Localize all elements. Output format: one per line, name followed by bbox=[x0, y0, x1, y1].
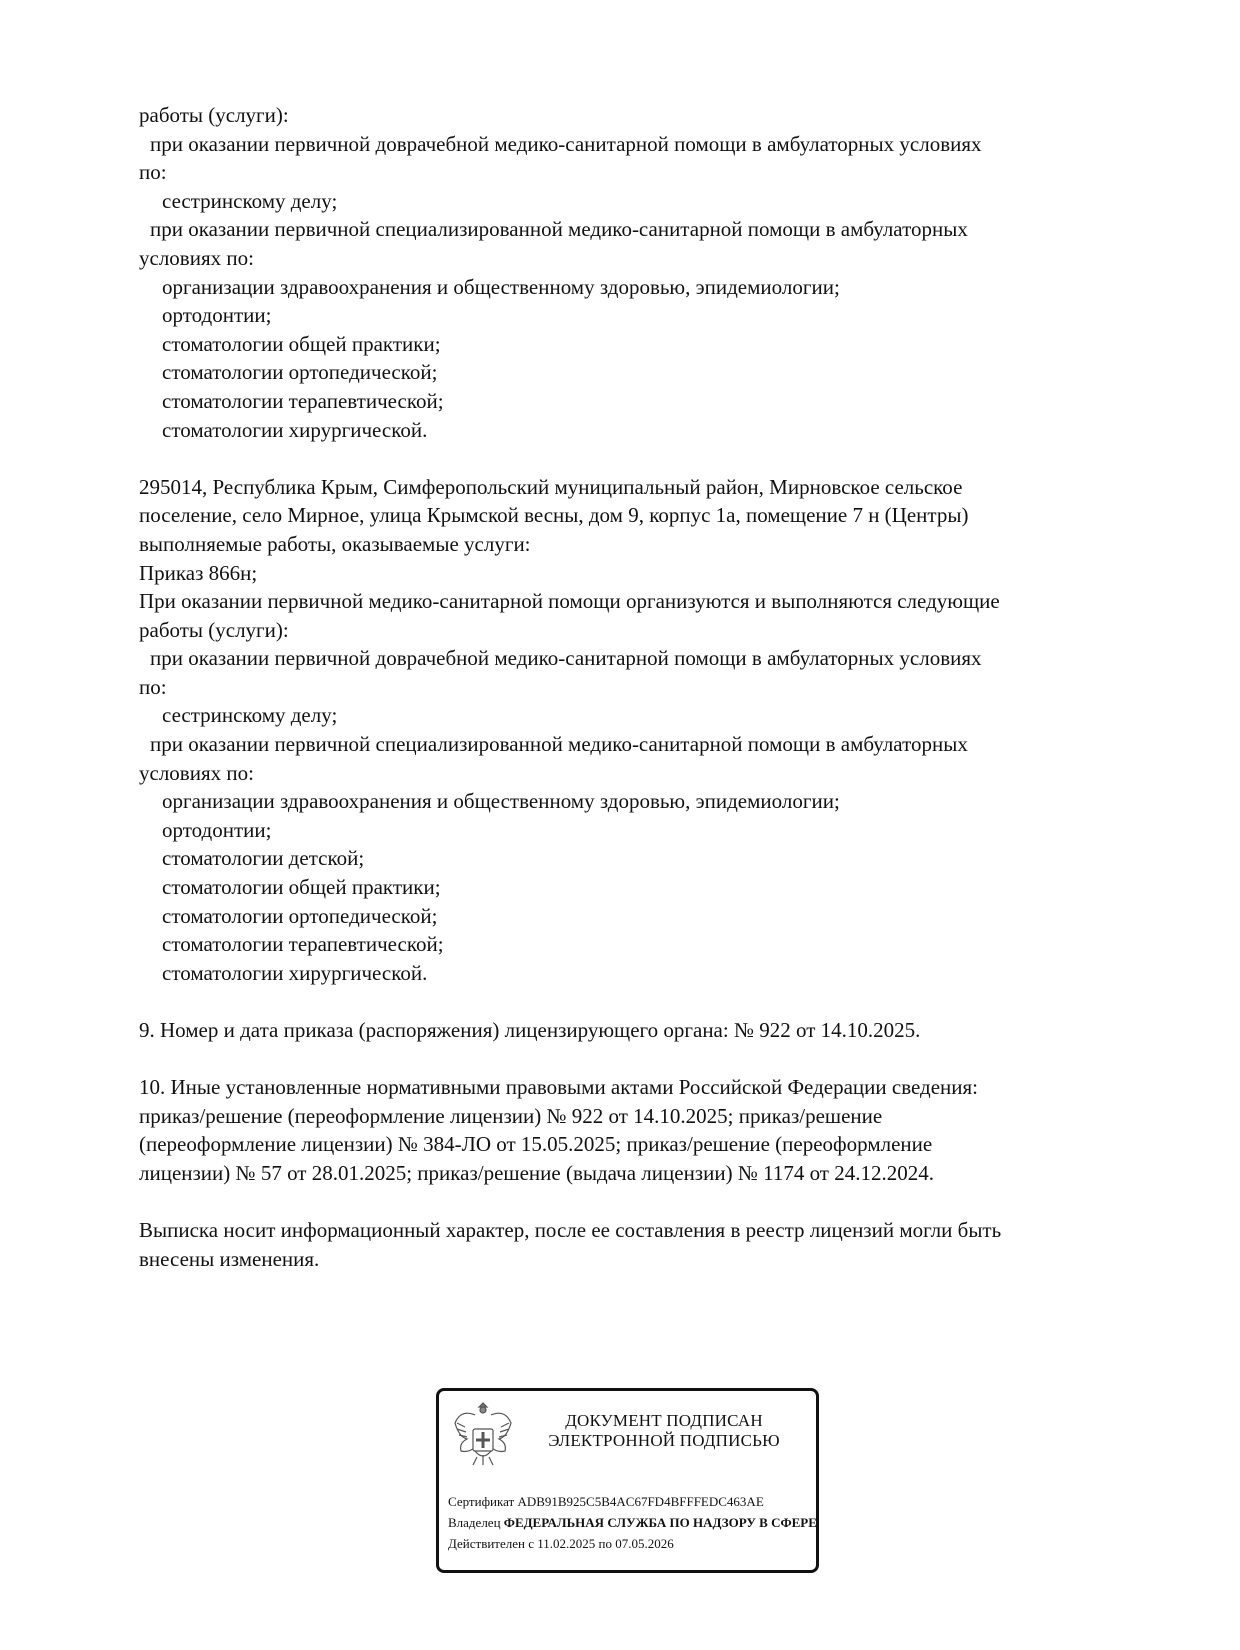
text-line: по: bbox=[139, 158, 1119, 187]
stamp-title-line-1: ДОКУМЕНТ ПОДПИСАН bbox=[529, 1411, 799, 1431]
disclaimer: Выписка носит информационный характер, п… bbox=[139, 1216, 1119, 1273]
electronic-signature-stamp: ДОКУМЕНТ ПОДПИСАН ЭЛЕКТРОННОЙ ПОДПИСЬЮ С… bbox=[436, 1388, 819, 1573]
stamp-title-line-2: ЭЛЕКТРОННОЙ ПОДПИСЬЮ bbox=[529, 1431, 799, 1451]
text-line: при оказании первичной специализированно… bbox=[139, 730, 1119, 759]
text-line: ортодонтии; bbox=[139, 301, 1119, 330]
text-line: выполняемые работы, оказываемые услуги: bbox=[139, 530, 1119, 559]
text-line: работы (услуги): bbox=[139, 101, 1119, 130]
text-line: условиях по: bbox=[139, 759, 1119, 788]
validity-row: Действителен с 11.02.2025 по 07.05.2026 bbox=[448, 1533, 816, 1554]
text-line: организации здравоохранения и общественн… bbox=[139, 273, 1119, 302]
text-line: стоматологии общей практики; bbox=[139, 873, 1119, 902]
text-line: стоматологии терапевтической; bbox=[139, 930, 1119, 959]
text-line: организации здравоохранения и общественн… bbox=[139, 787, 1119, 816]
text-line: стоматологии хирургической. bbox=[139, 416, 1119, 445]
text-line: Выписка носит информационный характер, п… bbox=[139, 1216, 1119, 1245]
text-line: Приказ 866н; bbox=[139, 559, 1119, 588]
coat-of-arms-icon bbox=[451, 1399, 515, 1471]
address-services-block-2: 295014, Республика Крым, Симферопольский… bbox=[139, 473, 1119, 988]
services-block-1: работы (услуги):при оказании первичной д… bbox=[139, 101, 1119, 444]
text-line: 10. Иные установленные нормативными прав… bbox=[139, 1073, 1119, 1102]
text-line: стоматологии общей практики; bbox=[139, 330, 1119, 359]
text-line: поселение, село Мирное, улица Крымской в… bbox=[139, 501, 1119, 530]
certificate-row: Сертификат ADB91B925C5B4AC67FD4BFFFEDC46… bbox=[448, 1491, 816, 1512]
text-line: по: bbox=[139, 673, 1119, 702]
text-line: стоматологии ортопедической; bbox=[139, 902, 1119, 931]
text-line: 9. Номер и дата приказа (распоряжения) л… bbox=[139, 1016, 1119, 1045]
text-line: стоматологии детской; bbox=[139, 844, 1119, 873]
text-line: ортодонтии; bbox=[139, 816, 1119, 845]
text-line: лицензии) № 57 от 28.01.2025; приказ/реш… bbox=[139, 1159, 1119, 1188]
text-line: 295014, Республика Крым, Симферопольский… bbox=[139, 473, 1119, 502]
owner-label: Владелец bbox=[448, 1515, 501, 1530]
text-line: работы (услуги): bbox=[139, 616, 1119, 645]
document-page: работы (услуги):при оказании первичной д… bbox=[139, 101, 1119, 1273]
text-line: внесены изменения. bbox=[139, 1245, 1119, 1274]
text-line: при оказании первичной доврачебной медик… bbox=[139, 130, 1119, 159]
text-line: стоматологии терапевтической; bbox=[139, 387, 1119, 416]
certificate-value: ADB91B925C5B4AC67FD4BFFFEDC463AE bbox=[517, 1494, 763, 1509]
owner-value: ФЕДЕРАЛЬНАЯ СЛУЖБА ПО НАДЗОРУ В СФЕРЕ ЗД… bbox=[504, 1515, 816, 1530]
text-line: приказ/решение (переоформление лицензии)… bbox=[139, 1102, 1119, 1131]
text-line: сестринскому делу; bbox=[139, 701, 1119, 730]
text-line: сестринскому делу; bbox=[139, 187, 1119, 216]
text-line: условиях по: bbox=[139, 244, 1119, 273]
text-line: стоматологии хирургической. bbox=[139, 959, 1119, 988]
text-line: при оказании первичной специализированно… bbox=[139, 215, 1119, 244]
owner-row: Владелец ФЕДЕРАЛЬНАЯ СЛУЖБА ПО НАДЗОРУ В… bbox=[448, 1512, 816, 1533]
text-line: При оказании первичной медико-санитарной… bbox=[139, 587, 1119, 616]
text-line: стоматологии ортопедической; bbox=[139, 358, 1119, 387]
text-line: при оказании первичной доврачебной медик… bbox=[139, 644, 1119, 673]
certificate-label: Сертификат bbox=[448, 1494, 514, 1509]
section-10-other-info: 10. Иные установленные нормативными прав… bbox=[139, 1073, 1119, 1187]
text-line: (переоформление лицензии) № 384-ЛО от 15… bbox=[139, 1130, 1119, 1159]
section-9-order-info: 9. Номер и дата приказа (распоряжения) л… bbox=[139, 1016, 1119, 1045]
